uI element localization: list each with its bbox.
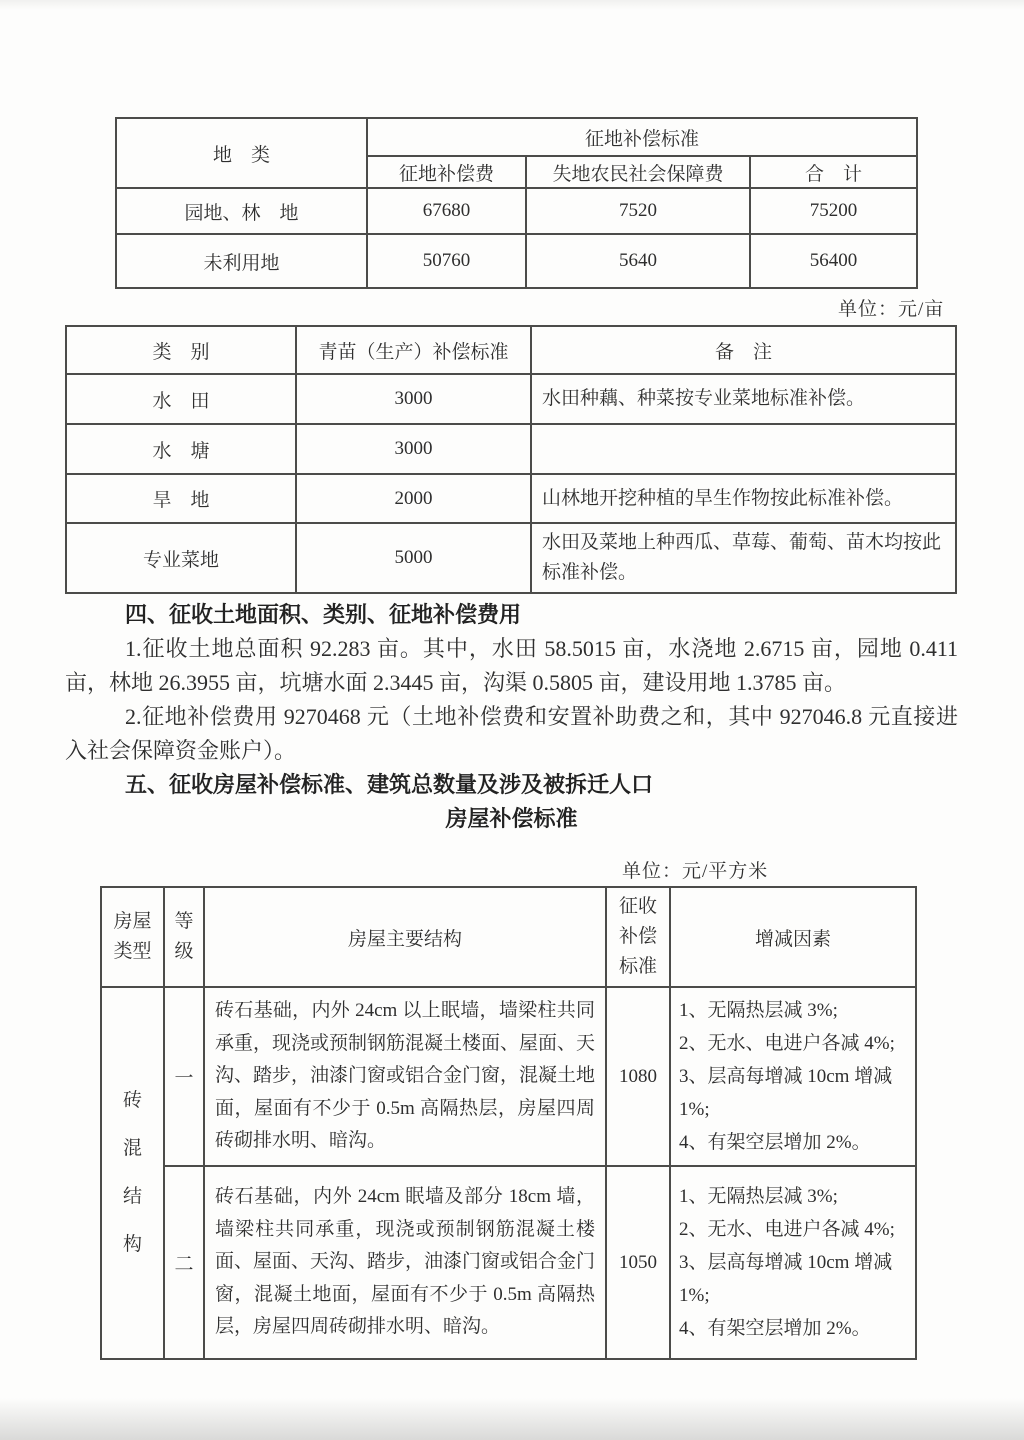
factor-line: 4、有架空层增加 2%。	[679, 1312, 907, 1345]
column-header: 等 级	[164, 887, 204, 987]
table-row: 地 类 征地补偿标准	[116, 118, 917, 156]
paragraph-land-area: 1.征收土地总面积 92.283 亩。其中，水田 58.5015 亩，水浇地 2…	[65, 632, 958, 700]
standard-cell: 1080	[606, 987, 670, 1166]
grade-cell: 一	[164, 987, 204, 1166]
table-cell: 水田种藕、种菜按专业菜地标准补偿。	[531, 374, 956, 424]
house-type-vertical-text: 砖 混 结 构	[123, 1077, 142, 1269]
table-cell: 2000	[296, 474, 531, 523]
table-cell: 水 塘	[66, 424, 296, 474]
standard-header: 征收 补偿 标准	[619, 896, 657, 977]
table-cell: 山林地开挖种植的旱生作物按此标准补偿。	[531, 474, 956, 523]
unit-label-yuan-per-sqm: 单位：元/平方米	[622, 856, 768, 883]
factor-line: 4、有架空层增加 2%。	[679, 1126, 907, 1159]
factor-line: 3、层高每增减 10cm 增减 1%;	[679, 1246, 907, 1312]
body-text: 四、征收土地面积、类别、征地补偿费用 1.征收土地总面积 92.283 亩。其中…	[65, 598, 958, 836]
document-page: 地 类 征地补偿标准 征地补偿费 失地农民社会保障费 合 计 园地、林 地 67…	[0, 0, 1024, 1440]
table-cell: 3000	[296, 424, 531, 474]
column-header: 增减因素	[670, 887, 916, 987]
factor-line: 1、无隔热层减 3%;	[679, 1180, 907, 1213]
column-header: 房屋主要结构	[204, 887, 606, 987]
factor-line: 2、无水、电进户各减 4%;	[679, 1027, 907, 1060]
table-cell: 67680	[367, 188, 526, 234]
column-header: 征地补偿费	[367, 156, 526, 188]
section4-heading: 四、征收土地面积、类别、征地补偿费用	[65, 598, 958, 632]
table-cell: 专业菜地	[66, 523, 296, 593]
table-row: 水 田 3000 水田种藕、种菜按专业菜地标准补偿。	[66, 374, 956, 424]
factors-cell: 1、无隔热层减 3%; 2、无水、电进户各减 4%; 3、层高每增减 10cm …	[670, 987, 916, 1166]
table-cell: 7520	[526, 188, 750, 234]
column-header: 征收 补偿 标准	[606, 887, 670, 987]
table-row: 类 别 青苗（生产）补偿标准 备 注	[66, 326, 956, 374]
standard-cell: 1050	[606, 1166, 670, 1359]
factors-cell: 1、无隔热层减 3%; 2、无水、电进户各减 4%; 3、层高每增减 10cm …	[670, 1166, 916, 1359]
factor-line: 2、无水、电进户各减 4%;	[679, 1213, 907, 1246]
column-header: 青苗（生产）补偿标准	[296, 326, 531, 374]
land-compensation-table: 地 类 征地补偿标准 征地补偿费 失地农民社会保障费 合 计 园地、林 地 67…	[115, 117, 918, 289]
table-cell: 50760	[367, 234, 526, 288]
factor-line: 1、无隔热层减 3%;	[679, 994, 907, 1027]
house-type-cell: 砖 混 结 构	[101, 987, 164, 1359]
grade-header: 等 级	[174, 911, 193, 962]
table-row: 园地、林 地 67680 7520 75200	[116, 188, 917, 234]
table-cell: 5640	[526, 234, 750, 288]
table-cell: 75200	[750, 188, 917, 234]
table-row: 房屋 类型 等 级 房屋主要结构 征收 补偿 标准 增减因素	[101, 887, 916, 987]
structure-cell: 砖石基础，内外 24cm 以上眠墙，墙梁柱共同承重，现浇或预制钢筋混凝土楼面、屋…	[204, 987, 606, 1166]
paragraph-land-fee: 2.征地补偿费用 9270468 元（土地补偿费和安置补助费之和，其中 9270…	[65, 700, 958, 768]
table-cell: 3000	[296, 374, 531, 424]
table-cell: 56400	[750, 234, 917, 288]
grade-cell: 二	[164, 1166, 204, 1359]
house-compensation-table: 房屋 类型 等 级 房屋主要结构 征收 补偿 标准 增减因素 砖 混 结 构 一…	[100, 886, 917, 1360]
column-header: 合 计	[750, 156, 917, 188]
table-row: 专业菜地 5000 水田及菜地上种西瓜、草莓、葡萄、苗木均按此标准补偿。	[66, 523, 956, 593]
house-table-title: 房屋补偿标准	[65, 802, 958, 836]
unit-label-yuan-per-mu: 单位：元/亩	[838, 294, 944, 321]
table-cell: 园地、林 地	[116, 188, 367, 234]
table-row: 砖 混 结 构 一 砖石基础，内外 24cm 以上眠墙，墙梁柱共同承重，现浇或预…	[101, 987, 916, 1166]
factor-line: 3、层高每增减 10cm 增减 1%;	[679, 1060, 907, 1126]
section5-heading: 五、征收房屋补偿标准、建筑总数量及涉及被拆迁人口	[65, 768, 958, 802]
table-cell: 水田及菜地上种西瓜、草莓、葡萄、苗木均按此标准补偿。	[531, 523, 956, 593]
table-cell	[531, 424, 956, 474]
structure-cell: 砖石基础，内外 24cm 眠墙及部分 18cm 墙，墙梁柱共同承重，现浇或预制钢…	[204, 1166, 606, 1359]
column-header: 房屋 类型	[101, 887, 164, 987]
table-cell: 5000	[296, 523, 531, 593]
land-group-header: 征地补偿标准	[367, 118, 917, 156]
table-row: 未利用地 50760 5640 56400	[116, 234, 917, 288]
table-row: 旱 地 2000 山林地开挖种植的旱生作物按此标准补偿。	[66, 474, 956, 523]
column-header: 失地农民社会保障费	[526, 156, 750, 188]
table-cell: 旱 地	[66, 474, 296, 523]
column-header: 备 注	[531, 326, 956, 374]
table-row: 水 塘 3000	[66, 424, 956, 474]
crop-compensation-table: 类 别 青苗（生产）补偿标准 备 注 水 田 3000 水田种藕、种菜按专业菜地…	[65, 325, 957, 594]
column-header: 类 别	[66, 326, 296, 374]
table-cell: 未利用地	[116, 234, 367, 288]
table-cell: 水 田	[66, 374, 296, 424]
house-type-header: 房屋 类型	[113, 911, 151, 962]
land-type-header: 地 类	[116, 118, 367, 188]
table-row: 二 砖石基础，内外 24cm 眠墙及部分 18cm 墙，墙梁柱共同承重，现浇或预…	[101, 1166, 916, 1359]
